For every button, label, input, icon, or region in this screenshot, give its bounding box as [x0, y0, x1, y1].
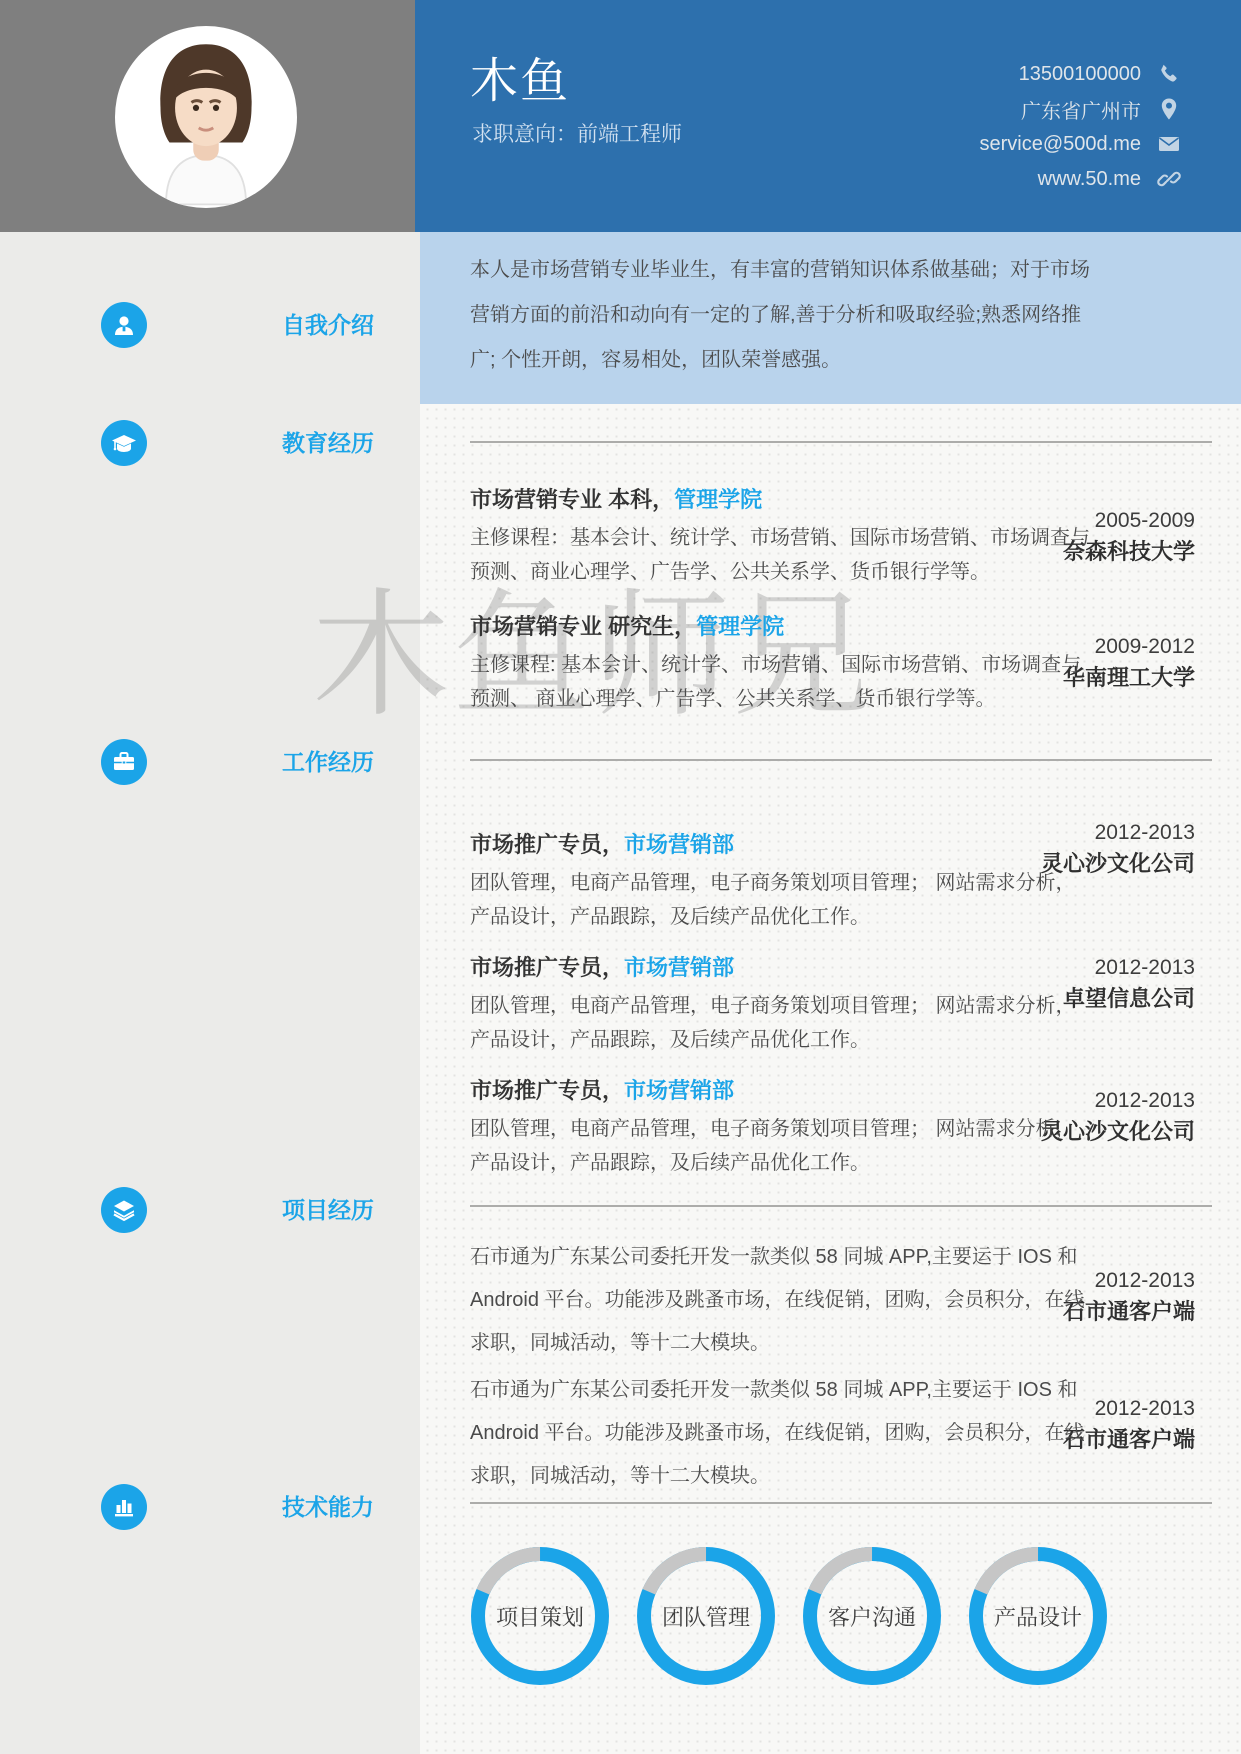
project-entry: 石市通为广东某公司委托开发一款类似 58 同城 APP,主要运于 IOS 和 A… — [470, 1236, 1095, 1365]
sidebar-item-work[interactable]: 工作经历 — [0, 739, 420, 785]
location-icon — [1157, 97, 1181, 121]
job-intent: 求职意向：前端工程师 — [472, 118, 682, 148]
section-divider — [470, 441, 1212, 443]
sidebar-item-skills[interactable]: 技术能力 — [0, 1484, 420, 1530]
school-link[interactable]: 管理学院 — [674, 487, 762, 512]
work-entry: 市场推广专员，市场营销部 团队管理，电商产品管理，电子商务策划项目管理； 网站需… — [470, 828, 1095, 934]
section-divider — [470, 759, 1212, 761]
section-divider — [470, 1502, 1212, 1504]
contact-row-website: www.50.me — [980, 167, 1181, 191]
work-desc: 团队管理，电商产品管理，电子商务策划项目管理； 网站需求分析，产品设计，产品跟踪… — [470, 989, 1095, 1057]
intro-strip: 本人是市场营销专业毕业生，有丰富的营销知识体系做基础；对于市场营销方面的前沿和动… — [420, 232, 1241, 404]
section-divider — [470, 1205, 1212, 1207]
resume-page: 木鱼师兄 木鱼 求职意向：前端工程师 13500100000 — [0, 0, 1241, 1754]
project-desc: 石市通为广东某公司委托开发一款类似 58 同城 APP,主要运于 IOS 和 A… — [470, 1369, 1095, 1498]
work-entry: 市场推广专员，市场营销部 团队管理，电商产品管理，电子商务策划项目管理； 网站需… — [470, 1074, 1095, 1180]
work-desc: 团队管理，电商产品管理，电子商务策划项目管理； 网站需求分析，产品设计，产品跟踪… — [470, 866, 1095, 934]
avatar-illustration — [115, 26, 297, 208]
location-text: 广东省广州市 — [1021, 95, 1141, 124]
sidebar-item-education[interactable]: 教育经历 — [0, 420, 420, 466]
work-title: 市场推广专员，市场营销部 — [470, 828, 1095, 859]
work-entry: 市场推广专员，市场营销部 团队管理，电商产品管理，电子商务策划项目管理； 网站需… — [470, 951, 1095, 1057]
work-desc: 团队管理，电商产品管理，电子商务策划项目管理； 网站需求分析，产品设计，产品跟踪… — [470, 1112, 1095, 1180]
skill-gauge-client-communication: 客户沟通 — [802, 1546, 942, 1686]
candidate-name: 木鱼 — [470, 42, 570, 111]
education-title: 市场营销专业 研究生，管理学院 — [470, 610, 1095, 641]
avatar — [115, 26, 297, 208]
sidebar-label: 技术能力 — [282, 1484, 374, 1530]
skill-label: 团队管理 — [636, 1546, 776, 1686]
position-text: 市场推广专员， — [470, 1078, 624, 1103]
skill-label: 项目策划 — [470, 1546, 610, 1686]
skill-gauge-product-design: 产品设计 — [968, 1546, 1108, 1686]
contact-row-location: 广东省广州市 — [980, 97, 1181, 121]
sidebar-label: 自我介绍 — [282, 302, 374, 348]
skill-label: 客户沟通 — [802, 1546, 942, 1686]
email-text[interactable]: service@500d.me — [980, 133, 1141, 156]
work-title: 市场推广专员，市场营销部 — [470, 951, 1095, 982]
sidebar-label: 项目经历 — [282, 1187, 374, 1233]
skill-gauge-project-planning: 项目策划 — [470, 1546, 610, 1686]
contact-list: 13500100000 广东省广州市 service@500d.me www.5… — [980, 62, 1181, 191]
bar-chart-icon — [101, 1484, 147, 1530]
contact-row-email: service@500d.me — [980, 132, 1181, 156]
position-text: 市场推广专员， — [470, 832, 624, 857]
degree-text: 市场营销专业 研究生， — [470, 614, 696, 639]
mail-icon — [1157, 132, 1181, 156]
briefcase-icon — [101, 739, 147, 785]
self-introduction: 本人是市场营销专业毕业生，有丰富的营销知识体系做基础；对于市场营销方面的前沿和动… — [470, 248, 1095, 383]
education-desc: 主修课程: 基本会计、统计学、市场营销、国际市场营销、市场调查与预测、 商业心理… — [470, 648, 1095, 716]
education-title: 市场营销专业 本科，管理学院 — [470, 483, 1095, 514]
skill-gauge-team-management: 团队管理 — [636, 1546, 776, 1686]
graduation-cap-icon — [101, 420, 147, 466]
header-panel: 木鱼 求职意向：前端工程师 13500100000 广东省广州市 service… — [415, 0, 1241, 232]
education-entry: 市场营销专业 研究生，管理学院 主修课程: 基本会计、统计学、市场营销、国际市场… — [470, 610, 1095, 716]
position-text: 市场推广专员， — [470, 955, 624, 980]
project-entry: 石市通为广东某公司委托开发一款类似 58 同城 APP,主要运于 IOS 和 A… — [470, 1369, 1095, 1498]
education-entry: 市场营销专业 本科，管理学院 主修课程：基本会计、统计学、市场营销、国际市场营销… — [470, 483, 1095, 589]
sidebar-item-self-intro[interactable]: 自我介绍 — [0, 302, 420, 348]
degree-text: 市场营销专业 本科， — [470, 487, 674, 512]
school-link[interactable]: 管理学院 — [696, 614, 784, 639]
department-link[interactable]: 市场营销部 — [624, 1078, 734, 1103]
website-text[interactable]: www.50.me — [1038, 168, 1141, 191]
layers-icon — [101, 1187, 147, 1233]
contact-row-phone: 13500100000 — [980, 62, 1181, 86]
user-icon — [101, 302, 147, 348]
sidebar-label: 教育经历 — [282, 420, 374, 466]
phone-icon — [1157, 62, 1181, 86]
skill-label: 产品设计 — [968, 1546, 1108, 1686]
work-title: 市场推广专员，市场营销部 — [470, 1074, 1095, 1105]
sidebar-label: 工作经历 — [282, 739, 374, 785]
photo-panel — [0, 0, 415, 232]
project-desc: 石市通为广东某公司委托开发一款类似 58 同城 APP,主要运于 IOS 和 A… — [470, 1236, 1095, 1365]
sidebar-item-projects[interactable]: 项目经历 — [0, 1187, 420, 1233]
department-link[interactable]: 市场营销部 — [624, 955, 734, 980]
link-icon — [1157, 167, 1181, 191]
department-link[interactable]: 市场营销部 — [624, 832, 734, 857]
phone-number: 13500100000 — [1019, 63, 1141, 86]
education-desc: 主修课程：基本会计、统计学、市场营销、国际市场营销、市场调查与预测、商业心理学、… — [470, 521, 1095, 589]
